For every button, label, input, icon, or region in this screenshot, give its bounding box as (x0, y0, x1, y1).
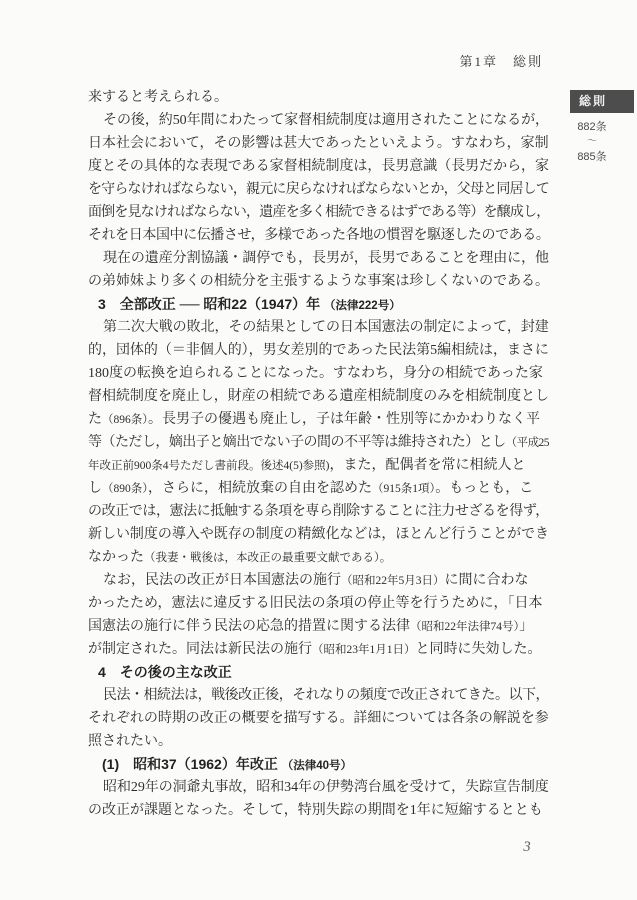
text-segment: 新しい制度の導入や既存の制度の精緻化などは，ほとんど行うことができ (88, 527, 549, 542)
text-segment: それを日本国中に伝播させ，多様であった各地の慣習を駆逐したのである。 (88, 228, 549, 243)
text-segment: を守らなければならない，親元に戻らなければならないとか，父母と同居して (88, 182, 549, 197)
side-tab-title: 総則 (570, 90, 634, 113)
text-line: 面倒を見なければならない，遺産を多く相続できるはずである等）を醸成し， (88, 201, 549, 224)
text-segment: ，また，配偶者を常に相続人と (330, 458, 526, 473)
text-line: 新しい制度の導入や既存の制度の精緻化などは，ほとんど行うことができ (88, 523, 549, 546)
text-segment: 4 その後の主な改正 (98, 664, 232, 680)
text-segment: 来すると考えられる。 (88, 90, 228, 105)
text-segment: 。もっとも，こ (435, 481, 533, 496)
text-segment: （昭和23年1月1日） (312, 644, 416, 656)
text-segment: かったため，憲法に違反する旧民法の条項の停止等を行うために，「日本 (88, 596, 542, 611)
text-segment: 国憲法の施行に伴う民法の応急的措置に関する法律 (88, 619, 410, 634)
text-line: その後，約50年間にわたって家督相続制度は適用されたことになるが， (88, 109, 549, 132)
text-line: なお，民法の改正が日本国憲法の施行（昭和22年5月3日）に間に合わな (88, 569, 549, 592)
text-segment: 現在の遺産分割協議・調停でも，長男が，長男であることを理由に，他 (103, 251, 549, 266)
range-end-article: 885条 (570, 149, 614, 165)
text-line: なかった（我妻・戦後は，本改正の最重要文献である）。 (88, 546, 549, 569)
text-segment: 。長男子の優遇も廃止し，子は年齢・性別等にかかわりなく平 (148, 412, 540, 427)
text-line: 国憲法の施行に伴う民法の応急的措置に関する法律（昭和22年法律74号）」 (88, 615, 549, 638)
text-segment: 面倒を見なければならない，遺産を多く相続できるはずである等）を醸成し， (88, 205, 549, 220)
range-tilde: 〜 (570, 135, 614, 149)
text-segment: 」 (519, 619, 533, 634)
range-start-article: 882条 (570, 119, 614, 135)
text-line: 度とその具体的な表現である家督相続制度は，長男意識（長男だから，家 (88, 155, 549, 178)
text-segment: 等（ただし，嫡出子と嫡出でない子の間の不平等は維持された）とし (88, 435, 506, 450)
text-line: 日本社会において，その影響は甚大であったといえよう。すなわち，家制 (88, 132, 549, 155)
text-segment: 督相続制度を廃止し，財産の相続である遺産相続制度のみを相続制度とし (88, 389, 549, 404)
text-line: の弟姉妹より多くの相続分を主張するような事案は珍しくないのである。 (88, 270, 549, 293)
text-line: 等（ただし，嫡出子と嫡出でない子の間の不平等は維持された）とし（平成25 (88, 431, 549, 454)
text-line: が制定された。同法は新民法の施行（昭和23年1月1日）と同時に失効した。 (88, 638, 549, 661)
text-segment: 民法・相続法は，戦後改正後，それなりの頻度で改正されてきた。以下， (103, 688, 549, 703)
text-segment: の改正では，憲法に抵触する条項を専ら削除することに注力せざるを得ず， (88, 504, 549, 519)
text-segment: 180度の転換を迫られることになった。すなわち，身分の相続であった家 (88, 366, 543, 381)
text-segment: 照されたい。 (88, 734, 172, 749)
chapter-running-header: 第1章 総則 (459, 51, 543, 70)
text-segment: た (88, 412, 102, 427)
text-line: の改正では，憲法に抵触する条項を専ら削除することに注力せざるを得ず， (88, 500, 549, 523)
text-line: それを日本国中に伝播させ，多様であった各地の慣習を駆逐したのである。 (88, 224, 549, 247)
text-line: を守らなければならない，親元に戻らなければならないとか，父母と同居して (88, 178, 549, 201)
text-segment: （915条1項） (372, 483, 435, 495)
text-segment: （昭和22年5月3日） (341, 575, 445, 587)
text-segment: （昭和22年法律74号） (410, 621, 519, 633)
text-line: 昭和29年の洞爺丸事故，昭和34年の伊勢湾台風を受けて，失踪宣告制度 (88, 776, 549, 799)
text-line: 民法・相続法は，戦後改正後，それなりの頻度で改正されてきた。以下， (88, 684, 549, 707)
text-line: 来すると考えられる。 (88, 86, 549, 109)
text-segment: の改正が課題となった。そして，特別失踪の期間を1年に短縮するととも (88, 803, 543, 818)
text-segment: 3 全部改正 ── 昭和22（1947）年 (98, 296, 324, 312)
text-segment: （896条） (102, 414, 148, 426)
text-segment: に間に合わな (445, 573, 529, 588)
text-block: 来すると考えられる。その後，約50年間にわたって家督相続制度は適用されたことにな… (88, 86, 549, 822)
text-segment: の弟姉妹より多くの相続分を主張するような事案は珍しくないのである。 (88, 274, 549, 289)
text-line: 的，団体的（＝非個人的），男女差別的であった民法第5編相続は，まさに (88, 339, 549, 362)
text-segment: （法律222号） (324, 300, 401, 312)
text-segment: ，さらに，相続放棄の自由を認めた (148, 481, 372, 496)
side-tab-article-range: 882条 〜 885条 (570, 119, 614, 165)
text-line: し（890条），さらに，相続放棄の自由を認めた（915条1項）。もっとも，こ (88, 477, 549, 500)
text-segment: （我妻・戦後は，本改正の最重要文献である）。 (144, 552, 391, 564)
text-line: それぞれの時期の改正の概要を描写する。詳細については各条の解説を参 (88, 707, 549, 730)
text-line: 現在の遺産分割協議・調停でも，長男が，長男であることを理由に，他 (88, 247, 549, 270)
text-line: た（896条）。長男子の優遇も廃止し，子は年齢・性別等にかかわりなく平 (88, 408, 549, 431)
page-number: 3 (516, 839, 538, 856)
text-segment: なお，民法の改正が日本国憲法の施行 (103, 573, 341, 588)
text-segment: その後，約50年間にわたって家督相続制度は適用されたことになるが， (103, 113, 549, 128)
text-segment: （法律40号） (282, 760, 352, 772)
section-heading: 4 その後の主な改正 (88, 661, 549, 684)
text-line: 照されたい。 (88, 730, 549, 753)
text-segment: と同時に失効した。 (416, 642, 542, 657)
text-segment: 的，団体的（＝非個人的），男女差別的であった民法第5編相続は，まさに (88, 343, 549, 358)
text-line: 年改正前900条4号ただし書前段。後述4(5)参照)，また，配偶者を常に相続人と (88, 454, 549, 477)
text-segment: (1) 昭和37（1962）年改正 (102, 756, 282, 772)
text-segment: 年改正前900条4号ただし書前段。後述4(5)参照) (88, 460, 330, 472)
text-line: かったため，憲法に違反する旧民法の条項の停止等を行うために，「日本 (88, 592, 549, 615)
text-segment: なかった (88, 550, 144, 565)
text-segment: が制定された。同法は新民法の施行 (88, 642, 312, 657)
text-line: 180度の転換を迫られることになった。すなわち，身分の相続であった家 (88, 362, 549, 385)
text-line: の改正が課題となった。そして，特別失踪の期間を1年に短縮するととも (88, 799, 549, 822)
text-line: 督相続制度を廃止し，財産の相続である遺産相続制度のみを相続制度とし (88, 385, 549, 408)
text-segment: 昭和29年の洞爺丸事故，昭和34年の伊勢湾台風を受けて，失踪宣告制度 (103, 780, 549, 795)
text-segment: 日本社会において，その影響は甚大であったといえよう。すなわち，家制 (88, 136, 549, 151)
text-segment: 度とその具体的な表現である家督相続制度は，長男意識（長男だから，家 (88, 159, 549, 174)
sub-section-heading: (1) 昭和37（1962）年改正 （法律40号） (88, 753, 549, 776)
side-index-tab: 総則 882条 〜 885条 (570, 90, 634, 165)
text-segment: （890条） (102, 483, 148, 495)
book-page: { "page": { "header": "第1章 総則", "page_nu… (0, 0, 637, 900)
text-segment: それぞれの時期の改正の概要を描写する。詳細については各条の解説を参 (88, 711, 549, 726)
text-segment: （平成25 (506, 437, 549, 449)
text-line: 第二次大戦の敗北，その結果としての日本国憲法の制定によって，封建 (88, 316, 549, 339)
section-heading: 3 全部改正 ── 昭和22（1947）年 （法律222号） (88, 293, 549, 316)
text-segment: 第二次大戦の敗北，その結果としての日本国憲法の制定によって，封建 (103, 320, 549, 335)
text-segment: し (88, 481, 102, 496)
